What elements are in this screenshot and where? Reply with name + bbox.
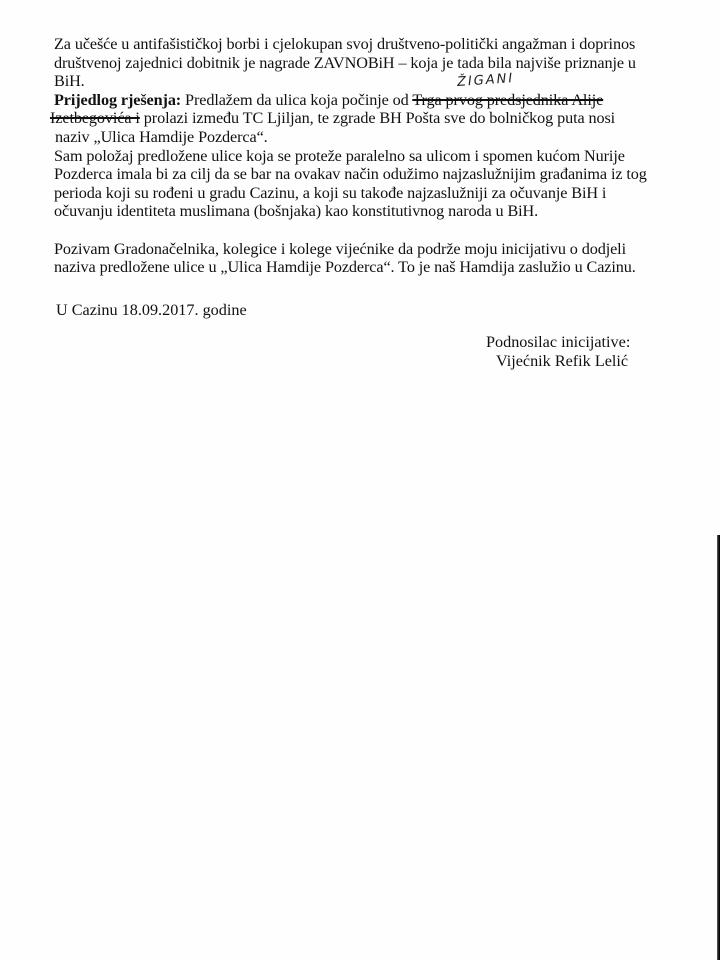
signature-block: Podnosilac inicijative: Vijećnik Refik L… xyxy=(486,333,636,370)
paragraph-2-line-4: očuvanju identiteta muslimana (bošnjaka)… xyxy=(54,202,654,221)
paragraph-3-line-1: Pozivam Gradonačelnika, kolegice i koleg… xyxy=(54,240,654,259)
place-and-date: U Cazinu 18.09.2017. godine xyxy=(56,301,247,320)
signature-label: Podnosilac inicijative: xyxy=(486,333,636,352)
paragraph-1-line-2: društvenoj zajednici dobitnik je nagrade… xyxy=(54,54,654,73)
paragraph-2-line-1: Sam položaj predložene ulice koja se pro… xyxy=(54,147,654,166)
proposal-text-2: prolazi između TC Ljiljan, te zgrade BH … xyxy=(140,109,615,127)
paragraph-2-line-2: Pozderca imala bi za cilj da se bar na o… xyxy=(54,165,654,184)
struck-text-1: Trga prvog predsjednika Alije xyxy=(412,91,603,109)
struck-text-2: Izetbegovića i xyxy=(50,109,140,127)
paragraph-2-line-3: perioda koji su rođeni u gradu Cazinu, a… xyxy=(54,184,654,203)
proposal-line-1: Prijedlog rješenja: Predlažem da ulica k… xyxy=(54,91,654,110)
scanned-document-page: Za učešće u antifašističkoj borbi i cjel… xyxy=(0,0,720,960)
document-body: Za učešće u antifašističkoj borbi i cjel… xyxy=(54,35,654,277)
paragraph-spacer xyxy=(54,221,654,240)
proposal-line-3: naziv „Ulica Hamdije Pozderca“. xyxy=(54,128,654,147)
proposal-label: Prijedlog rješenja: xyxy=(54,91,181,109)
paragraph-1-line-1: Za učešće u antifašističkoj borbi i cjel… xyxy=(54,35,654,54)
paragraph-3-line-2: naziva predložene ulice u „Ulica Hamdije… xyxy=(54,258,654,277)
paragraph-1-line-3: BiH. xyxy=(54,72,654,91)
signature-name: Vijećnik Refik Lelić xyxy=(486,352,636,371)
proposal-line-2: Izetbegovića i prolazi između TC Ljiljan… xyxy=(54,109,654,128)
proposal-text-1: Predlažem da ulica koja počinje od xyxy=(181,91,412,109)
